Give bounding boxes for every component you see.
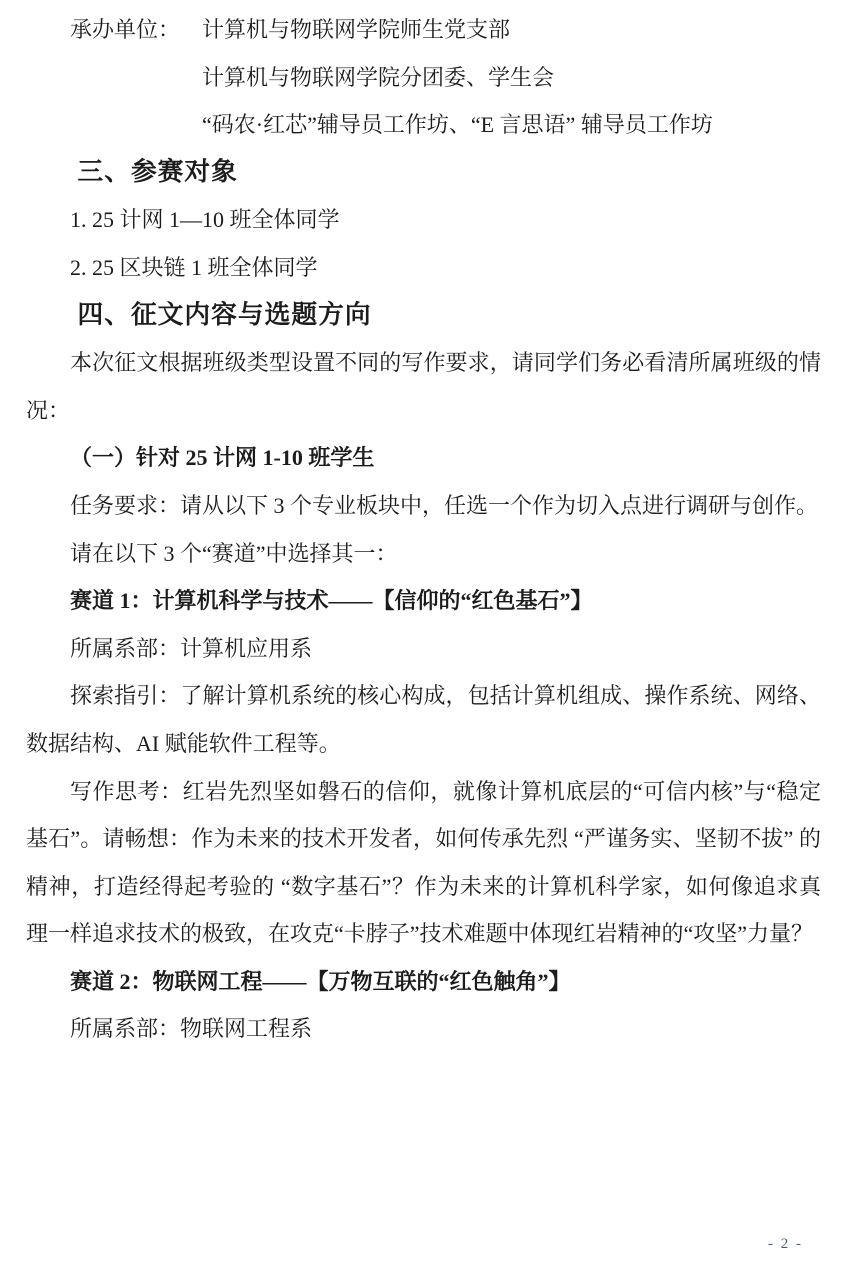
track1-reflection-paragraph: 写作思考：红岩先烈坚如磐石的信仰，就像计算机底层的“可信内核”与“稳定基石”。请… (26, 768, 821, 958)
intro-paragraph: 本次征文根据班级类型设置不同的写作要求，请同学们务必看清所属班级的情况： (26, 339, 821, 434)
track1-heading: 赛道 1：计算机科学与技术——【信仰的“红色基石”】 (26, 577, 821, 625)
organizer-lines: 计算机与物联网学院师生党支部 计算机与物联网学院分团委、学生会 “码农·红芯”辅… (202, 6, 821, 149)
section-heading-topics: 四、征文内容与选题方向 (26, 292, 821, 340)
organizer-line: “码农·红芯”辅导员工作坊、“E 言思语” 辅导员工作坊 (202, 101, 821, 149)
track2-heading: 赛道 2：物联网工程——【万物互联的“红色触角”】 (26, 958, 821, 1006)
document-page: 承办单位： 计算机与物联网学院师生党支部 计算机与物联网学院分团委、学生会 “码… (0, 0, 851, 1270)
organizer-line: 计算机与物联网学院分团委、学生会 (202, 54, 821, 102)
page-number: - 2 - (768, 1234, 803, 1254)
task-paragraph: 任务要求：请从以下 3 个专业板块中，任选一个作为切入点进行调研与创作。 (26, 482, 821, 530)
subsection-heading-jiwang: （一）针对 25 计网 1-10 班学生 (26, 434, 821, 482)
organizer-label: 承办单位： (70, 6, 202, 54)
organizer-line: 计算机与物联网学院师生党支部 (202, 6, 821, 54)
track1-guide-paragraph: 探索指引：了解计算机系统的核心构成，包括计算机组成、操作系统、网络、数据结构、A… (26, 672, 821, 767)
track2-department: 所属系部：物联网工程系 (26, 1005, 821, 1053)
section-heading-participants: 三、参赛对象 (26, 149, 821, 197)
participant-item: 1. 25 计网 1—10 班全体同学 (26, 196, 821, 244)
choose-paragraph: 请在以下 3 个“赛道”中选择其一： (26, 530, 821, 578)
participant-item: 2. 25 区块链 1 班全体同学 (26, 244, 821, 292)
organizer-block: 承办单位： 计算机与物联网学院师生党支部 计算机与物联网学院分团委、学生会 “码… (70, 6, 821, 149)
track1-department: 所属系部：计算机应用系 (26, 625, 821, 673)
